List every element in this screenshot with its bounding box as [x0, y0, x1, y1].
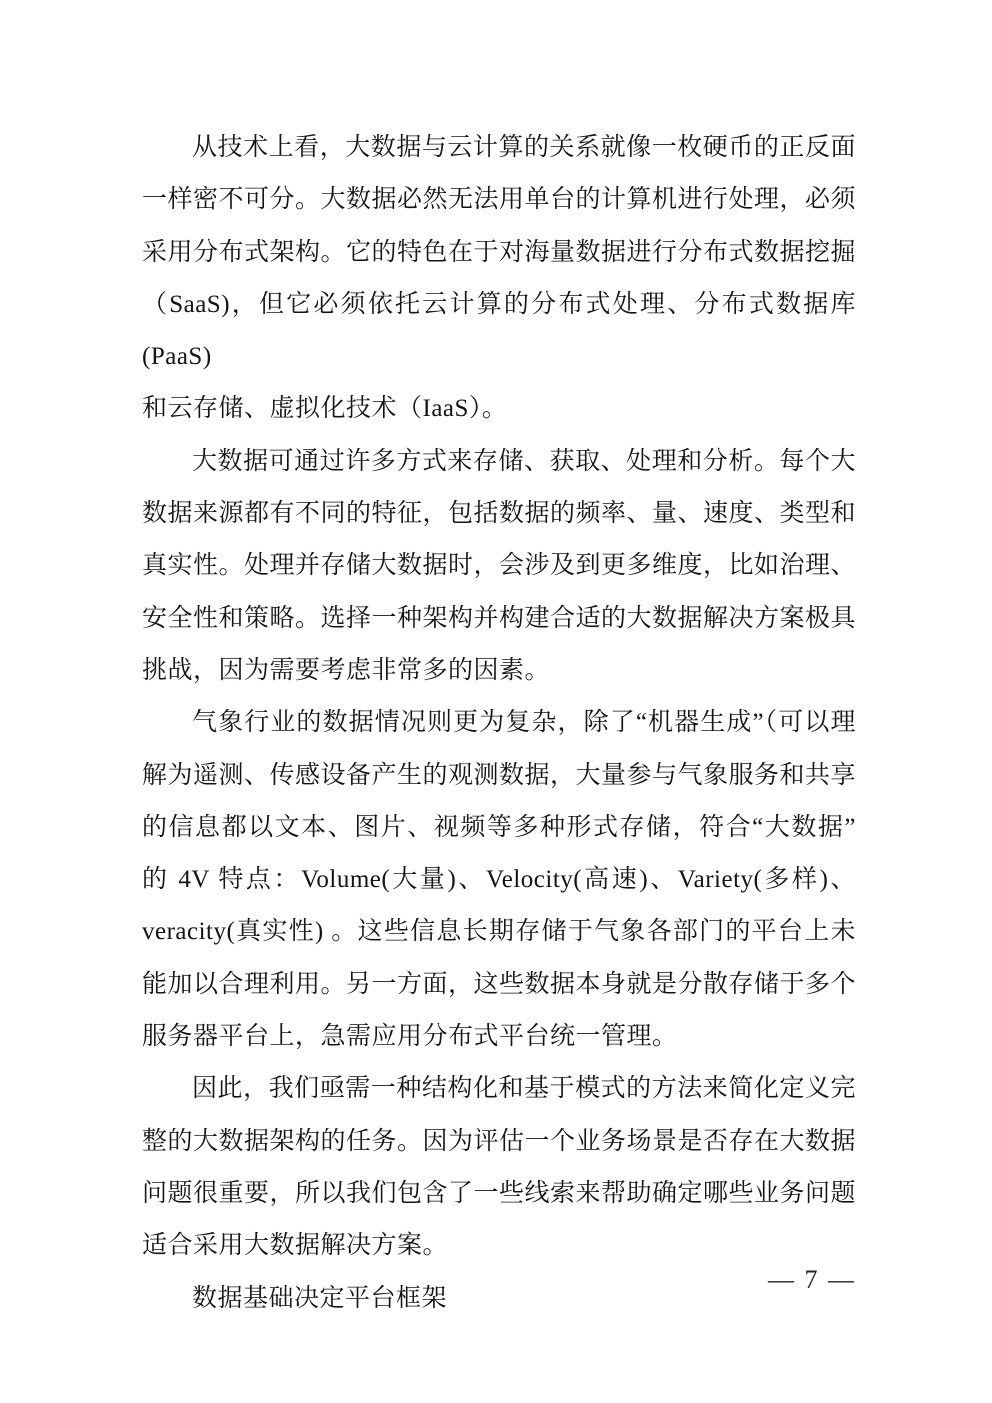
text-line: 从技术上看，大数据与云计算的关系就像一枚硬币的正反面 [142, 122, 856, 174]
text-line: 的信息都以文本、图片、视频等多种形式存储，符合“大数据” [142, 802, 856, 854]
document-page: 从技术上看，大数据与云计算的关系就像一枚硬币的正反面一样密不可分。大数据必然无法… [0, 0, 992, 1403]
text-line: 真实性。处理并存储大数据时，会涉及到更多维度，比如治理、 [142, 540, 856, 592]
text-line: 数据来源都有不同的特征，包括数据的频率、量、速度、类型和 [142, 488, 856, 540]
text-line: 安全性和策略。选择一种架构并构建合适的大数据解决方案极具 [142, 593, 856, 645]
text-line: 采用分布式架构。它的特色在于对海量数据进行分布式数据挖掘 [142, 227, 856, 279]
text-line: 问题很重要，所以我们包含了一些线索来帮助确定哪些业务问题 [142, 1168, 856, 1220]
text-line: 大数据可通过许多方式来存储、获取、处理和分析。每个大 [142, 436, 856, 488]
text-line: （SaaS)，但它必须依托云计算的分布式处理、分布式数据库(PaaS) [142, 279, 856, 384]
text-line: 气象行业的数据情况则更为复杂，除了“机器生成”（可以理 [142, 697, 856, 749]
text-line: 因此，我们亟需一种结构化和基于模式的方法来简化定义完 [142, 1063, 856, 1115]
text-line: 和云存储、虚拟化技术（IaaS）。 [142, 383, 856, 435]
text-line: 服务器平台上，急需应用分布式平台统一管理。 [142, 1011, 856, 1063]
text-line: 的 4V 特点：Volume(大量)、Velocity(高速)、Variety(… [142, 854, 856, 906]
text-line: veracity(真实性) 。这些信息长期存储于气象各部门的平台上未 [142, 906, 856, 958]
text-block: 从技术上看，大数据与云计算的关系就像一枚硬币的正反面一样密不可分。大数据必然无法… [142, 122, 856, 1325]
text-line: 解为遥测、传感设备产生的观测数据，大量参与气象服务和共享 [142, 750, 856, 802]
page-number: — 7 — [768, 1262, 856, 1298]
text-line: 挑战，因为需要考虑非常多的因素。 [142, 645, 856, 697]
text-line: 能加以合理利用。另一方面，这些数据本身就是分散存储于多个 [142, 959, 856, 1011]
text-line: 整的大数据架构的任务。因为评估一个业务场景是否存在大数据 [142, 1116, 856, 1168]
text-line: 数据基础决定平台框架 [142, 1273, 856, 1325]
text-line: 一样密不可分。大数据必然无法用单台的计算机进行处理，必须 [142, 174, 856, 226]
text-line: 适合采用大数据解决方案。 [142, 1220, 856, 1272]
